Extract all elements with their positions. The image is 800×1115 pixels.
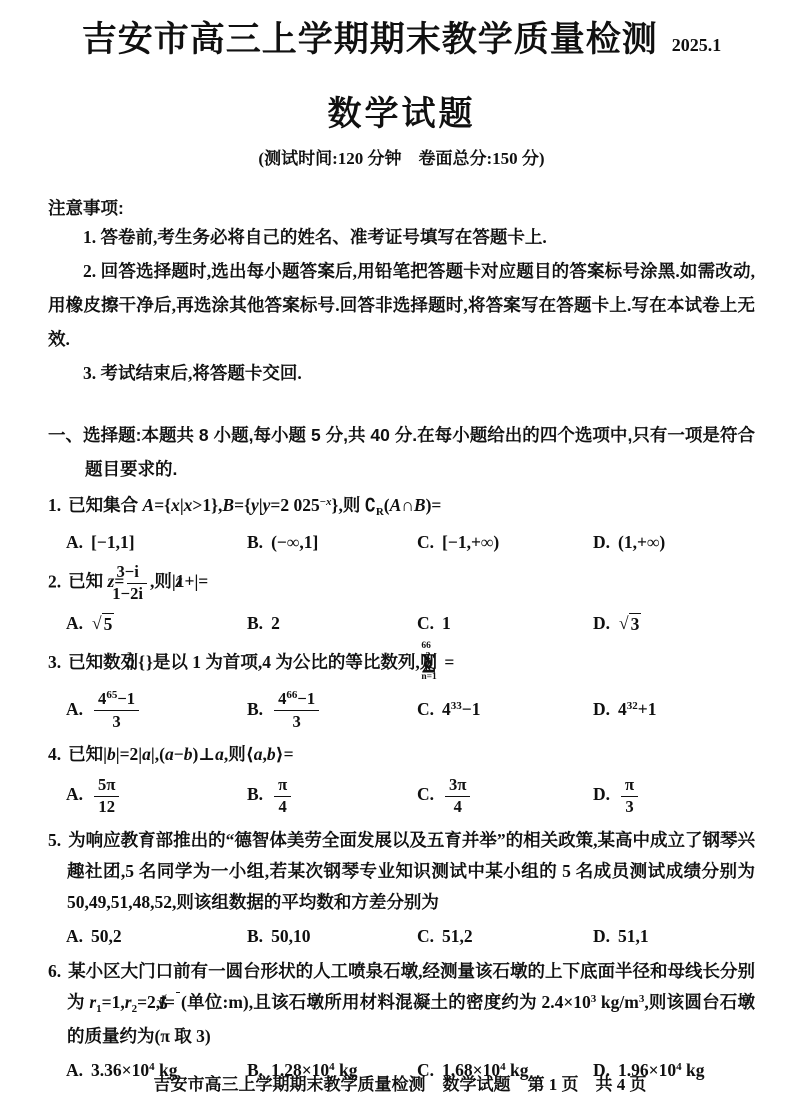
option-label: A. [66, 699, 83, 719]
option-text: π4 [271, 784, 294, 804]
option-a: A.[−1,1] [66, 529, 247, 555]
option-b: B.2 [247, 610, 417, 636]
option-a: A.50,2 [66, 923, 247, 949]
option-label: D. [593, 784, 610, 804]
option-d: D.51,1 [593, 923, 755, 949]
option-text: 1 [442, 613, 451, 633]
option-a: A.5π12 [66, 775, 247, 818]
option-label: C. [417, 532, 434, 552]
option-text: √5 [91, 613, 115, 633]
option-label: C. [417, 613, 434, 633]
exam-page: 吉安市高三上学期期末教学质量检测 2025.1 数学试题 (测试时间:120 分… [0, 0, 800, 1115]
option-label: D. [593, 926, 610, 946]
option-label: A. [66, 784, 83, 804]
question-4-options: A.5π12 B.π4 C.3π4 D.π3 [48, 775, 755, 818]
question-text: 已知 z=3−i1−2i,则|1+z|= [68, 571, 208, 591]
option-label: B. [247, 926, 263, 946]
option-text: π3 [618, 784, 641, 804]
option-label: B. [247, 532, 263, 552]
question-4-stem: 4.已知|b|=2|a|,(a−b)⊥a,则⟨a,b⟩= [48, 739, 755, 770]
exam-title: 吉安市高三上学期期末教学质量检测 [82, 12, 658, 62]
question-1-options: A.[−1,1] B.(−∞,1] C.[−1,+∞) D.(1,+∞) [48, 529, 755, 555]
section-one-heading: 一、选择题:本题共 8 小题,每小题 5 分,共 40 分.在每小题给出的四个选… [48, 418, 755, 486]
questions-list: 1.已知集合 A={x|x>1},B={y|y=2 025−x},则 ∁R(A∩… [48, 490, 755, 1086]
subject-title: 数学试题 [48, 86, 755, 135]
question-number: 1. [48, 495, 61, 515]
option-d: D.√3 [593, 610, 755, 636]
option-label: D. [593, 613, 610, 633]
question-2: 2.已知 z=3−i1−2i,则|1+z|= A.√5 B.2 C.1 D.√3 [48, 562, 755, 636]
exam-meta: (测试时间:120 分钟 卷面总分:150 分) [48, 144, 755, 169]
question-6: 6.某小区大门口前有一圆台形状的人工喷泉石墩,经测量该石墩的上下底面半径和母线长… [48, 956, 755, 1086]
option-text: 432+1 [618, 699, 656, 719]
option-a: A.√5 [66, 610, 247, 636]
option-text: [−1,+∞) [442, 532, 499, 552]
page-footer: 吉安市高三上学期期末教学质量检测 数学试题 第 1 页 共 4 页 [0, 1070, 800, 1095]
option-c: C.[−1,+∞) [417, 529, 593, 555]
option-label: D. [593, 532, 610, 552]
question-3-stem: 3.已知数列{a2n}是以 1 为首项,4 为公比的等比数列,则66∑n=1a2… [48, 643, 755, 685]
question-5: 5.为响应教育部推出的“德智体美劳全面发展以及五育并举”的相关政策,某高中成立了… [48, 825, 755, 949]
question-number: 5. [48, 830, 61, 850]
option-text: (−∞,1] [271, 532, 318, 552]
option-c: C.1 [417, 610, 593, 636]
option-b: B.466−13 [247, 689, 417, 732]
question-text: 已知集合 A={x|x>1},B={y|y=2 025−x},则 ∁R(A∩B)… [68, 495, 441, 515]
option-d: D.π3 [593, 775, 755, 818]
option-d: D.432+1 [593, 696, 755, 725]
option-text: 50,2 [91, 926, 122, 946]
question-1-stem: 1.已知集合 A={x|x>1},B={y|y=2 025−x},则 ∁R(A∩… [48, 490, 755, 524]
notices-heading: 注意事项: [48, 195, 755, 220]
option-label: B. [247, 784, 263, 804]
question-3: 3.已知数列{a2n}是以 1 为首项,4 为公比的等比数列,则66∑n=1a2… [48, 643, 755, 732]
question-text: 已知数列{a2n}是以 1 为首项,4 为公比的等比数列,则66∑n=1a2n= [68, 652, 454, 672]
notices: 注意事项: 1. 答卷前,考生务必将自己的姓名、准考证号填写在答题卡上. 2. … [48, 195, 755, 390]
exam-date: 2025.1 [672, 35, 722, 56]
option-c: C.51,2 [417, 923, 593, 949]
option-text: [−1,1] [91, 532, 135, 552]
option-label: A. [66, 532, 83, 552]
question-text: 已知|b|=2|a|,(a−b)⊥a,则⟨a,b⟩= [68, 744, 293, 764]
question-6-stem: 6.某小区大门口前有一圆台形状的人工喷泉石墩,经测量该石墩的上下底面半径和母线长… [48, 956, 755, 1052]
question-text: 为响应教育部推出的“德智体美劳全面发展以及五育并举”的相关政策,某高中成立了钢琴… [67, 830, 755, 912]
question-number: 2. [48, 571, 61, 591]
option-text: 51,2 [442, 926, 473, 946]
option-label: C. [417, 926, 434, 946]
option-text: √3 [618, 613, 642, 633]
option-label: D. [593, 699, 610, 719]
question-number: 3. [48, 652, 61, 672]
option-b: B.50,10 [247, 923, 417, 949]
question-1: 1.已知集合 A={x|x>1},B={y|y=2 025−x},则 ∁R(A∩… [48, 490, 755, 555]
question-number: 4. [48, 744, 61, 764]
notice-item-2: 2. 回答选择题时,选出每小题答案后,用铅笔把答题卡对应题目的答案标号涂黑.如需… [48, 254, 755, 356]
question-5-options: A.50,2 B.50,10 C.51,2 D.51,1 [48, 923, 755, 949]
option-a: A.465−13 [66, 689, 247, 732]
option-label: B. [247, 613, 263, 633]
option-label: A. [66, 926, 83, 946]
option-label: C. [417, 699, 434, 719]
option-label: B. [247, 699, 263, 719]
option-text: 3π4 [442, 784, 473, 804]
option-label: C. [417, 784, 434, 804]
option-d: D.(1,+∞) [593, 529, 755, 555]
option-b: B.(−∞,1] [247, 529, 417, 555]
option-c: C.433−1 [417, 696, 593, 725]
question-text: 某小区大门口前有一圆台形状的人工喷泉石墩,经测量该石墩的上下底面半径和母线长分别… [67, 961, 755, 1046]
option-text: 466−13 [271, 699, 322, 719]
option-text: 50,10 [271, 926, 310, 946]
notice-item-3: 3. 考试结束后,将答题卡交回. [48, 356, 755, 390]
option-text: 433−1 [442, 699, 480, 719]
notice-item-1: 1. 答卷前,考生务必将自己的姓名、准考证号填写在答题卡上. [48, 220, 755, 254]
question-number: 6. [48, 961, 61, 981]
option-label: A. [66, 613, 83, 633]
option-text: 5π12 [91, 784, 122, 804]
question-2-options: A.√5 B.2 C.1 D.√3 [48, 610, 755, 636]
option-text: 2 [271, 613, 280, 633]
question-4: 4.已知|b|=2|a|,(a−b)⊥a,则⟨a,b⟩= A.5π12 B.π4… [48, 739, 755, 818]
option-b: B.π4 [247, 775, 417, 818]
option-c: C.3π4 [417, 775, 593, 818]
option-text: 465−13 [91, 699, 142, 719]
option-text: (1,+∞) [618, 532, 665, 552]
question-3-options: A.465−13 B.466−13 C.433−1 D.432+1 [48, 689, 755, 732]
question-5-stem: 5.为响应教育部推出的“德智体美劳全面发展以及五育并举”的相关政策,某高中成立了… [48, 825, 755, 918]
option-text: 51,1 [618, 926, 649, 946]
question-2-stem: 2.已知 z=3−i1−2i,则|1+z|= [48, 562, 755, 605]
header: 吉安市高三上学期期末教学质量检测 2025.1 [48, 12, 755, 62]
